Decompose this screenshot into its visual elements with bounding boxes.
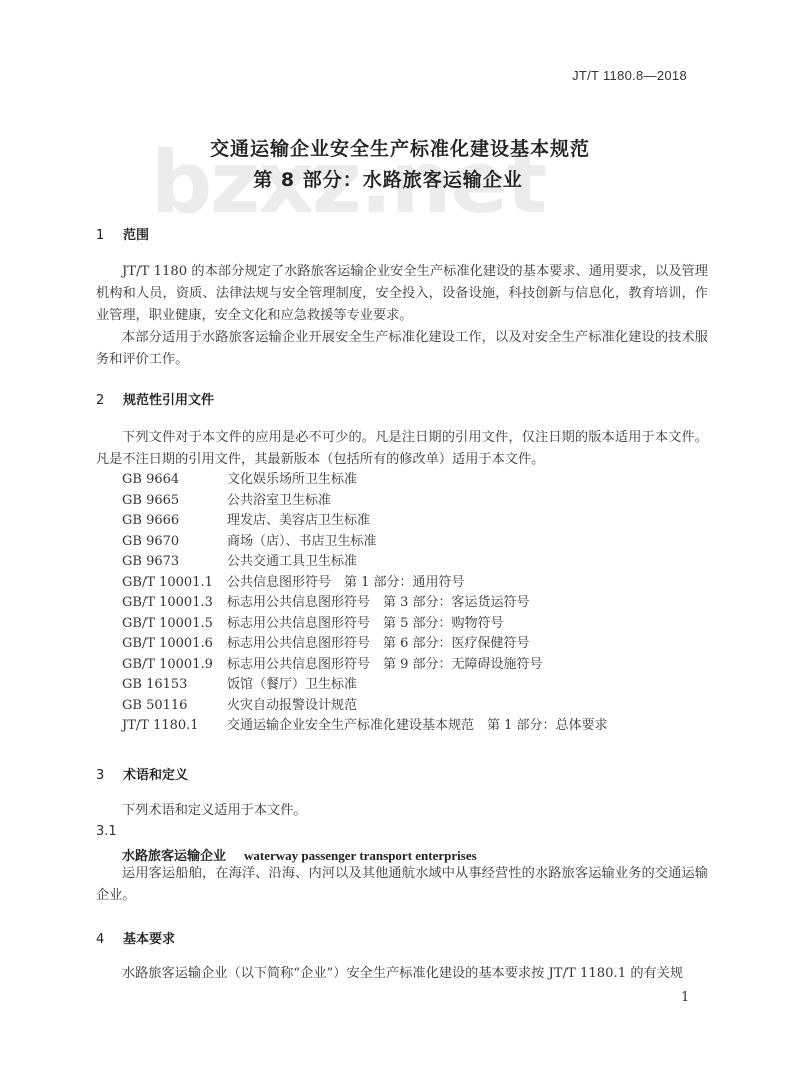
section-number: 3: [96, 768, 123, 783]
reference-title: 标志用公共信息图形符号 第 6 部分：医疗保健符号: [227, 636, 530, 651]
reference-code: GB/T 10001.6: [122, 634, 227, 655]
reference-title: 火灾自动报警设计规范: [227, 698, 357, 713]
term-definition: 运用客运船舶，在海洋、沿海、内河以及其他通航水域中从事经营性的水路旅客运输业务的…: [96, 863, 708, 907]
reference-item: GB/T 10001.9标志用公共信息图形符号 第 9 部分：无障碍设施符号: [122, 655, 608, 676]
reference-code: GB 9664: [122, 470, 227, 491]
term-entry: 水路旅客运输企业waterway passenger transport ent…: [122, 845, 477, 864]
section-title: 基本要求: [123, 932, 175, 947]
reference-item: GB/T 10001.3标志用公共信息图形符号 第 3 部分：客运货运符号: [122, 593, 608, 614]
paragraph: 水路旅客运输企业（以下简称“企业”）安全生产标准化建设的基本要求按 JT/T 1…: [96, 963, 708, 985]
paragraph: JT/T 1180 的本部分规定了水路旅客运输企业安全生产标准化建设的基本要求、…: [96, 261, 708, 327]
paragraph: 下列术语和定义适用于本文件。: [96, 800, 708, 822]
section-title: 术语和定义: [123, 768, 188, 783]
term-number: 3.1: [96, 824, 117, 839]
document-subtitle: 第 8 部分：水路旅客运输企业: [0, 165, 788, 192]
reference-item: GB/T 10001.5标志用公共信息图形符号 第 5 部分：购物符号: [122, 614, 608, 635]
standard-number: JT/T 1180.8—2018: [572, 68, 687, 83]
section-title: 规范性引用文件: [123, 393, 214, 408]
page-number: 1: [681, 990, 689, 1005]
reference-code: GB 9673: [122, 552, 227, 573]
reference-code: JT/T 1180.1: [122, 716, 227, 737]
reference-item: GB 50116火灾自动报警设计规范: [122, 696, 608, 717]
reference-item: GB/T 10001.1公共信息图形符号 第 1 部分：通用符号: [122, 573, 608, 594]
reference-code: GB/T 10001.3: [122, 593, 227, 614]
section-title: 范围: [123, 228, 149, 243]
reference-code: GB 50116: [122, 696, 227, 717]
paragraph: 下列文件对于本文件的应用是必不可少的。凡是注日期的引用文件，仅注日期的版本适用于…: [96, 427, 708, 471]
reference-title: 文化娱乐场所卫生标准: [227, 472, 357, 487]
reference-code: GB 9670: [122, 532, 227, 553]
reference-title: 公共交通工具卫生标准: [227, 554, 357, 569]
section-number: 1: [96, 228, 123, 243]
section-heading-2: 2规范性引用文件: [96, 389, 214, 408]
document-title: 交通运输企业安全生产标准化建设基本规范: [0, 134, 800, 161]
reference-code: GB 16153: [122, 675, 227, 696]
reference-code: GB/T 10001.5: [122, 614, 227, 635]
reference-title: 标志用公共信息图形符号 第 9 部分：无障碍设施符号: [227, 657, 543, 672]
reference-title: 公共信息图形符号 第 1 部分：通用符号: [227, 575, 465, 590]
term-chinese: 水路旅客运输企业: [122, 849, 226, 864]
reference-item: GB 16153饭馆（餐厅）卫生标准: [122, 675, 608, 696]
section-heading-1: 1范围: [96, 224, 149, 243]
section-heading-4: 4基本要求: [96, 928, 175, 947]
reference-code: GB/T 10001.9: [122, 655, 227, 676]
term-english: waterway passenger transport enterprises: [244, 848, 477, 863]
paragraph: 本部分适用于水路旅客运输企业开展安全生产标准化建设工作，以及对安全生产标准化建设…: [96, 327, 708, 371]
reference-item: GB 9664文化娱乐场所卫生标准: [122, 470, 608, 491]
reference-code: GB/T 10001.1: [122, 573, 227, 594]
reference-item: JT/T 1180.1交通运输企业安全生产标准化建设基本规范 第 1 部分：总体…: [122, 716, 608, 737]
reference-title: 标志用公共信息图形符号 第 3 部分：客运货运符号: [227, 595, 530, 610]
section-heading-3: 3术语和定义: [96, 764, 188, 783]
section-number: 2: [96, 393, 123, 408]
reference-title: 饭馆（餐厅）卫生标准: [227, 677, 357, 692]
reference-title: 理发店、美容店卫生标准: [227, 513, 370, 528]
reference-item: GB/T 10001.6标志用公共信息图形符号 第 6 部分：医疗保健符号: [122, 634, 608, 655]
reference-title: 标志用公共信息图形符号 第 5 部分：购物符号: [227, 616, 504, 631]
reference-item: GB 9673公共交通工具卫生标准: [122, 552, 608, 573]
reference-code: GB 9665: [122, 491, 227, 512]
reference-title: 交通运输企业安全生产标准化建设基本规范 第 1 部分：总体要求: [227, 718, 608, 733]
reference-item: GB 9666理发店、美容店卫生标准: [122, 511, 608, 532]
reference-title: 公共浴室卫生标准: [227, 493, 331, 508]
reference-item: GB 9670商场（店）、书店卫生标准: [122, 532, 608, 553]
reference-title: 商场（店）、书店卫生标准: [227, 534, 377, 549]
reference-list: GB 9664文化娱乐场所卫生标准 GB 9665公共浴室卫生标准 GB 966…: [122, 470, 608, 737]
section-number: 4: [96, 932, 123, 947]
reference-code: GB 9666: [122, 511, 227, 532]
reference-item: GB 9665公共浴室卫生标准: [122, 491, 608, 512]
